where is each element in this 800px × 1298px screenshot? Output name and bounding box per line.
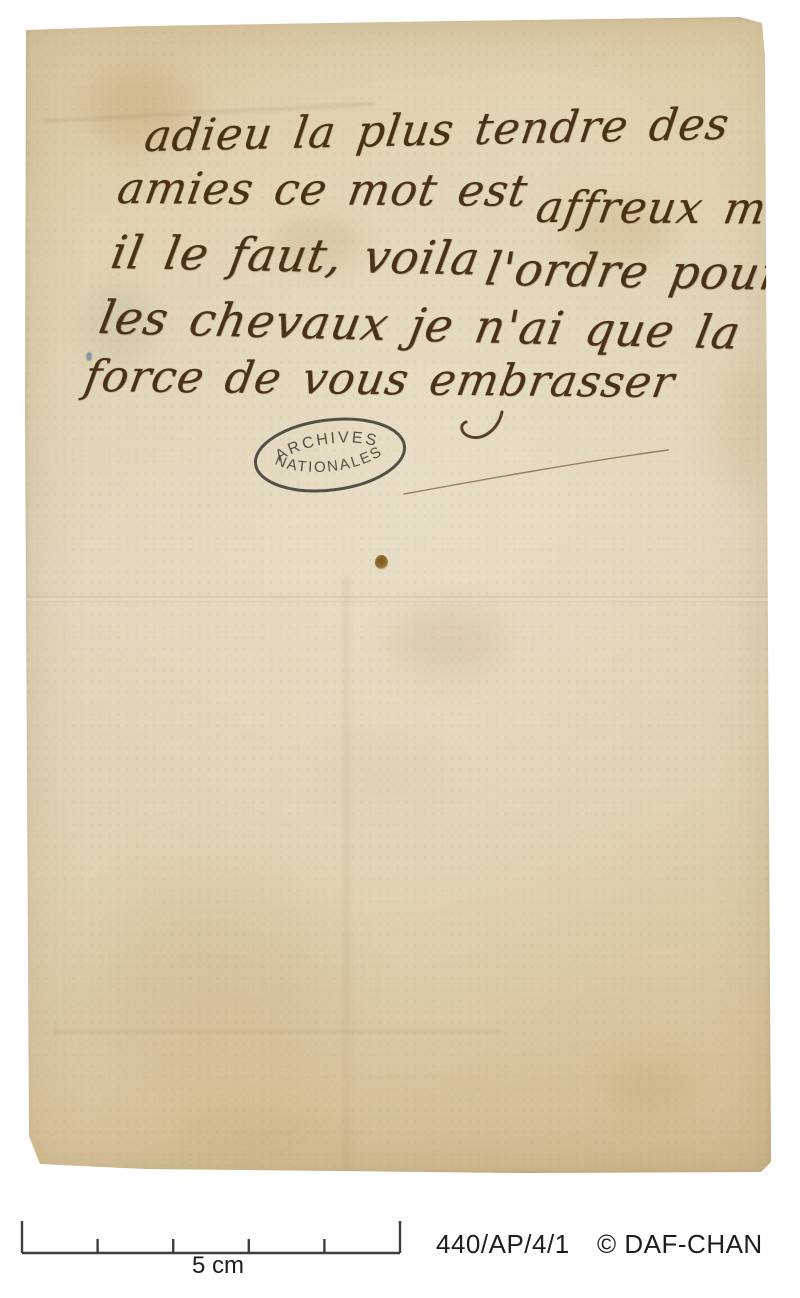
copyright-notice: © DAF-CHAN xyxy=(597,1229,763,1260)
manuscript-line: il le faut, voilal'ordre pour xyxy=(107,225,789,291)
paper-stain xyxy=(174,1096,334,1166)
manuscript-text: adieu la plus tendre des xyxy=(141,99,732,162)
manuscript-text: l'ordre pour xyxy=(481,242,788,301)
manuscript-page: adieu la plus tendre des amies ce mot es… xyxy=(24,16,772,1174)
manuscript-text: amies ce mot est xyxy=(114,163,532,217)
manuscript-text: affreux mais xyxy=(533,182,800,235)
manuscript-line: amies ce mot estaffreux mais xyxy=(114,163,800,219)
ink-spot xyxy=(375,555,388,570)
manuscript-text: il le faut, voila xyxy=(107,225,484,285)
manuscript-line: les chevaux je n'ai que la xyxy=(95,290,745,359)
paper-stain xyxy=(394,606,504,676)
ink-flourish xyxy=(380,390,670,500)
paper-stain xyxy=(714,356,774,496)
paper-stain xyxy=(604,1056,694,1116)
scan-page: adieu la plus tendre des amies ce mot es… xyxy=(0,0,800,1298)
archives-nationales-stamp: ARCHIVES NATIONALES xyxy=(240,408,420,503)
reference-code: 440/AP/4/1 xyxy=(436,1229,570,1260)
manuscript-line: adieu la plus tendre des xyxy=(141,99,732,162)
scale-label: 5 cm xyxy=(175,1252,261,1280)
paper-crease xyxy=(54,1030,503,1033)
paper-crease xyxy=(344,576,349,1176)
paper-stain xyxy=(104,856,324,1116)
manuscript-text: les chevaux je n'ai que la xyxy=(95,290,745,359)
paper-fold-line xyxy=(24,596,772,602)
